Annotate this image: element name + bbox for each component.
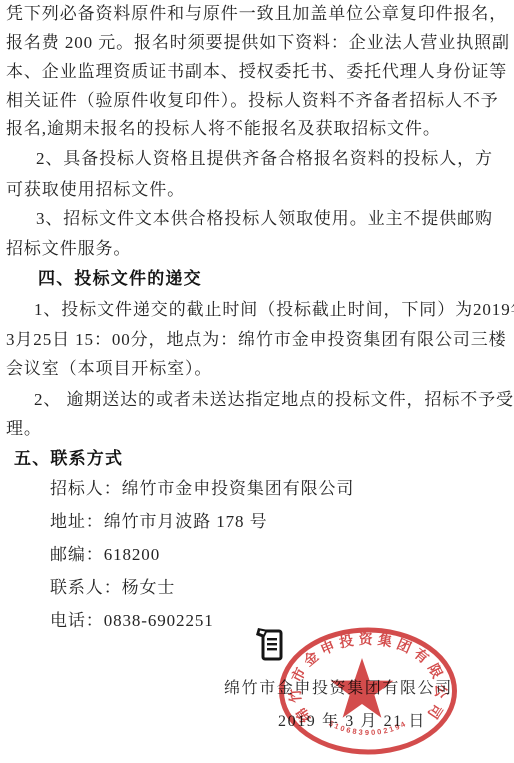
- body-line: 本、企业监理资质证书副本、授权委托书、委托代理人身份证等: [6, 62, 507, 82]
- body-line: 报名,逾期未报名的投标人将不能报名及获取招标文件。: [6, 119, 441, 139]
- body-line-item-2: 2、 逾期送达的或者未送达指定地点的投标文件，招标不予受: [34, 390, 514, 410]
- svg-text:5106839002194: 5106839002194: [327, 719, 409, 737]
- document-page: 凭下列必备资料原件和与原件一致且加盖单位公章复印件报名， 报名费 200 元。报…: [0, 0, 514, 763]
- body-line: 理。: [6, 419, 42, 439]
- body-line-item-3: 3、招标文件文本供合格投标人领取使用。业主不提供邮购: [36, 209, 493, 229]
- seal-star-icon: [331, 658, 394, 718]
- body-line: 报名费 200 元。报名时须要提供如下资料：企业法人营业执照副: [6, 33, 510, 53]
- body-line: 凭下列必备资料原件和与原件一致且加盖单位公章复印件报名，: [6, 4, 507, 24]
- contact-person-line: 联系人：杨女士: [50, 578, 175, 598]
- heading-section-5: 五、联系方式: [14, 449, 123, 469]
- body-line: 可获取使用招标文件。: [6, 180, 185, 200]
- seal-code-text: 5106839002194: [327, 719, 409, 737]
- contact-bidder-line: 招标人：绵竹市金申投资集团有限公司: [50, 479, 354, 499]
- body-line-item-2: 2、具备投标人资格且提供齐备合格报名资料的投标人，方: [36, 149, 493, 169]
- official-seal: 绵竹市金申投资集团有限公司 5106839002194: [278, 627, 458, 755]
- body-line: 招标文件服务。: [6, 239, 131, 259]
- body-line: 相关证件（验原件收复印件）。投标人资料不齐备者招标人不予: [6, 91, 499, 111]
- body-line: 会议室（本项目开标室）。: [6, 359, 212, 379]
- body-line: 3月25日 15：00分，地点为：绵竹市金申投资集团有限公司三楼: [6, 330, 507, 350]
- contact-phone-line: 电话：0838-6902251: [50, 611, 214, 631]
- heading-section-4: 四、投标文件的递交: [38, 269, 202, 289]
- contact-address-line: 地址：绵竹市月波路 178 号: [50, 512, 268, 532]
- body-line-item-1: 1、投标文件递交的截止时间（投标截止时间，下同）为2019年: [34, 300, 514, 320]
- contact-zip-line: 邮编：618200: [50, 545, 160, 565]
